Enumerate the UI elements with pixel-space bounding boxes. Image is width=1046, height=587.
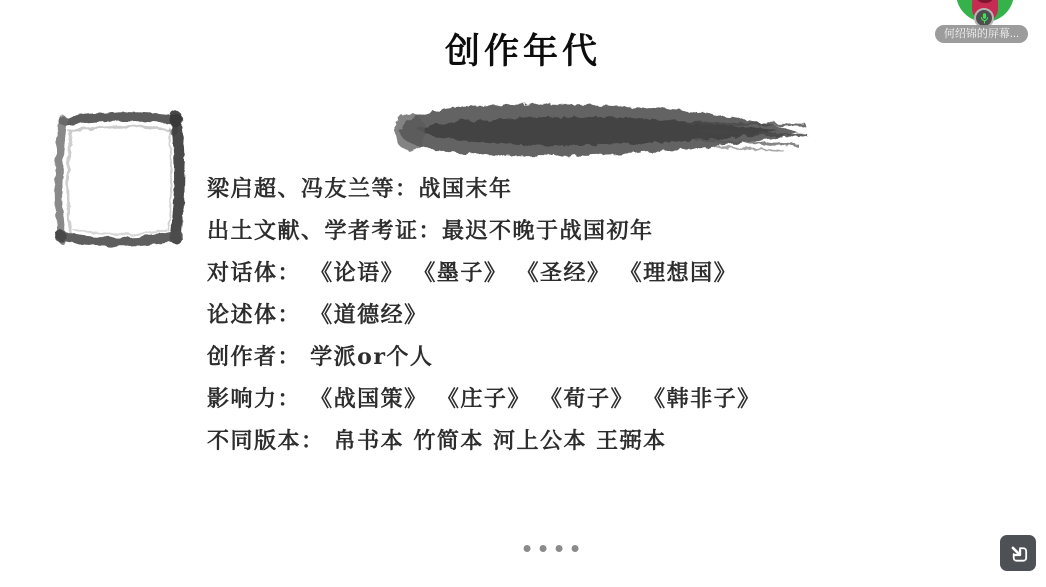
ink-square-graphic	[44, 100, 190, 250]
slide-text-line: 梁启超、冯友兰等：战国末年	[207, 166, 761, 208]
slide-text-line: 创作者： 学派or个人	[207, 334, 761, 376]
slide-text-line: 不同版本： 帛书本 竹简本 河上公本 王弼本	[207, 418, 761, 460]
pagination-dot	[572, 545, 579, 552]
ink-brush-stroke-graphic	[386, 97, 810, 167]
microphone-icon	[979, 12, 990, 25]
page-title: 创作年代	[0, 24, 1046, 74]
pagination-dot	[524, 545, 531, 552]
jump-to-content-button[interactable]	[1000, 535, 1036, 571]
slide-text-line: 影响力： 《战国策》 《庄子》 《荀子》 《韩非子》	[207, 376, 761, 418]
pagination-dot	[540, 545, 547, 552]
slide-text-line: 对话体： 《论语》 《墨子》 《圣经》 《理想国》	[207, 250, 761, 292]
slide-text-line: 出土文献、学者考证：最迟不晚于战国初年	[207, 208, 761, 250]
pagination-dot	[556, 545, 563, 552]
shared-screen-view: 创作年代	[0, 0, 1046, 587]
slide-text-line: 论述体： 《道德经》	[207, 292, 761, 334]
slide-text-lines: 梁启超、冯友兰等：战国末年出土文献、学者考证：最迟不晚于战国初年对话体： 《论语…	[207, 166, 761, 460]
participant-label: 何绍锦的屏幕...	[935, 25, 1028, 43]
pagination-dots	[524, 545, 579, 552]
jump-arrow-icon	[1007, 542, 1030, 565]
